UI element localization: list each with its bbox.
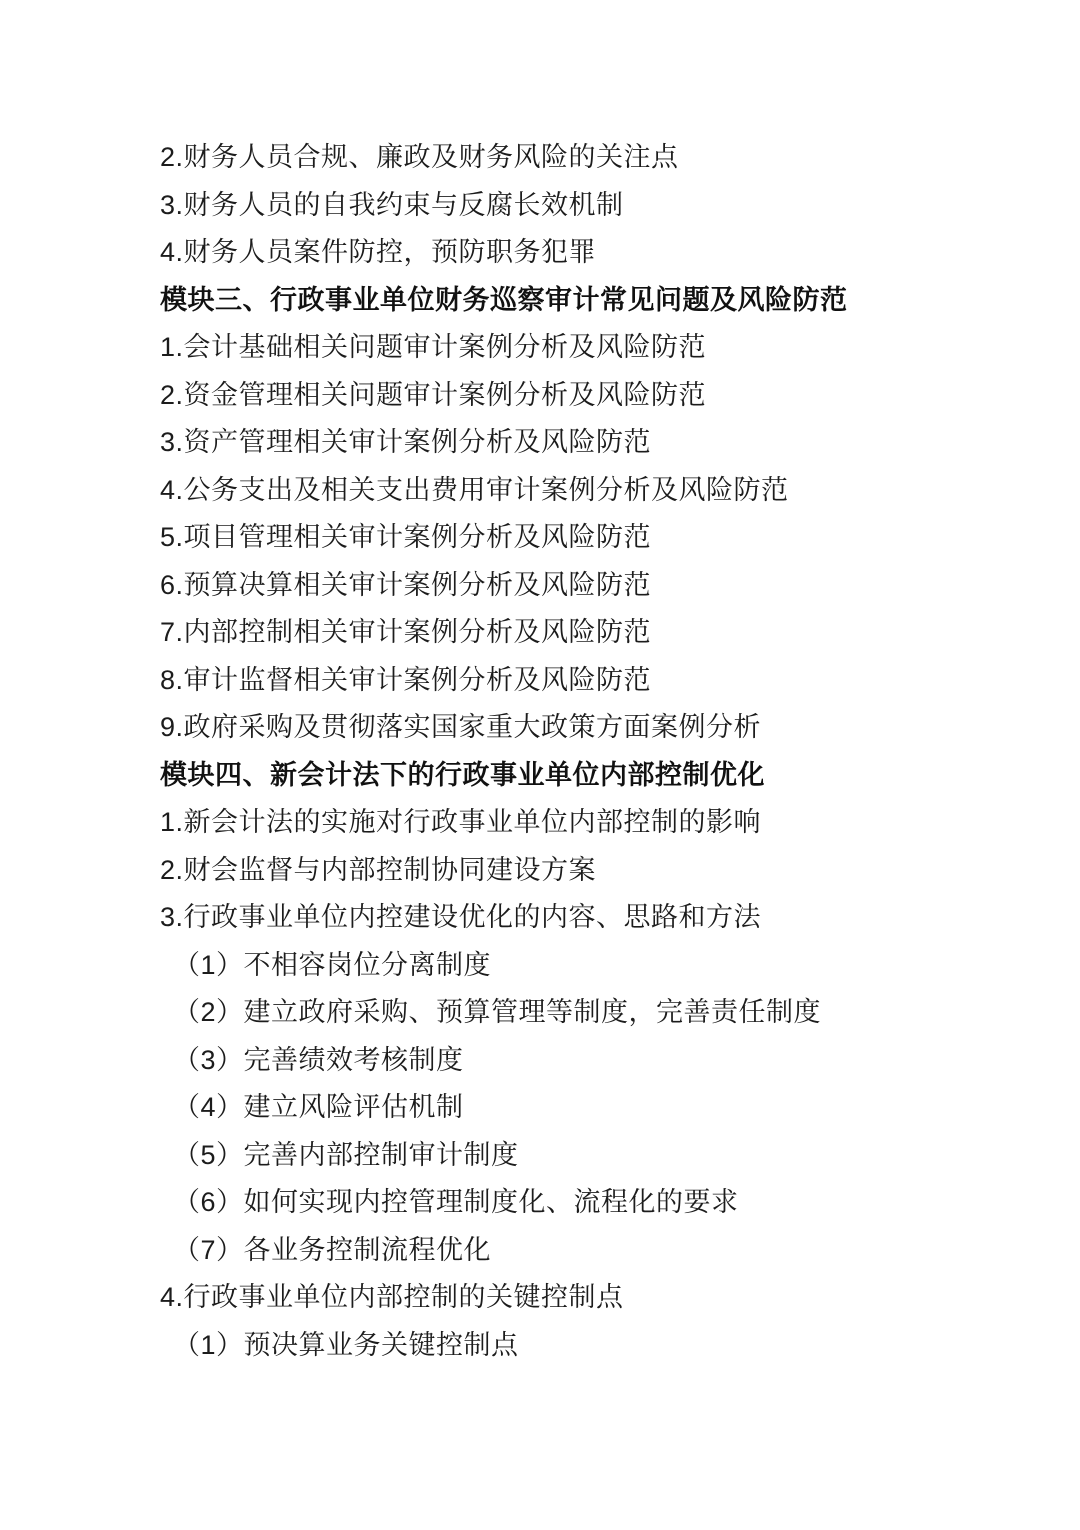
outline-subitem: （4）建立风险评估机制 [160, 1084, 1010, 1132]
document-body: 2.财务人员合规、廉政及财务风险的关注点3.财务人员的自我约束与反腐长效机制4.… [160, 134, 1010, 1369]
outline-subitem: （6）如何实现内控管理制度化、流程化的要求 [160, 1179, 1010, 1227]
outline-subitem: （3）完善绩效考核制度 [160, 1037, 1010, 1085]
outline-item: 6.预算决算相关审计案例分析及风险防范 [160, 562, 1010, 610]
outline-item: 4.行政事业单位内部控制的关键控制点 [160, 1274, 1010, 1322]
outline-item: 1.新会计法的实施对行政事业单位内部控制的影响 [160, 799, 1010, 847]
outline-item: 1.会计基础相关问题审计案例分析及风险防范 [160, 324, 1010, 372]
outline-item: 2.资金管理相关问题审计案例分析及风险防范 [160, 372, 1010, 420]
outline-item: 2.财会监督与内部控制协同建设方案 [160, 847, 1010, 895]
outline-item: 5.项目管理相关审计案例分析及风险防范 [160, 514, 1010, 562]
outline-item: 4.公务支出及相关支出费用审计案例分析及风险防范 [160, 467, 1010, 515]
outline-item: 3.资产管理相关审计案例分析及风险防范 [160, 419, 1010, 467]
outline-subitem: （5）完善内部控制审计制度 [160, 1132, 1010, 1180]
outline-item: 2.财务人员合规、廉政及财务风险的关注点 [160, 134, 1010, 182]
module-heading: 模块三、行政事业单位财务巡察审计常见问题及风险防范 [160, 277, 1010, 325]
outline-subitem: （1）预决算业务关键控制点 [160, 1322, 1010, 1370]
outline-item: 9.政府采购及贯彻落实国家重大政策方面案例分析 [160, 704, 1010, 752]
outline-item: 7.内部控制相关审计案例分析及风险防范 [160, 609, 1010, 657]
module-heading: 模块四、新会计法下的行政事业单位内部控制优化 [160, 752, 1010, 800]
outline-item: 3.行政事业单位内控建设优化的内容、思路和方法 [160, 894, 1010, 942]
outline-item: 8.审计监督相关审计案例分析及风险防范 [160, 657, 1010, 705]
outline-subitem: （7）各业务控制流程优化 [160, 1227, 1010, 1275]
outline-subitem: （1）不相容岗位分离制度 [160, 942, 1010, 990]
outline-subitem: （2）建立政府采购、预算管理等制度，完善责任制度 [160, 989, 1010, 1037]
outline-item: 4.财务人员案件防控，预防职务犯罪 [160, 229, 1010, 277]
outline-item: 3.财务人员的自我约束与反腐长效机制 [160, 182, 1010, 230]
